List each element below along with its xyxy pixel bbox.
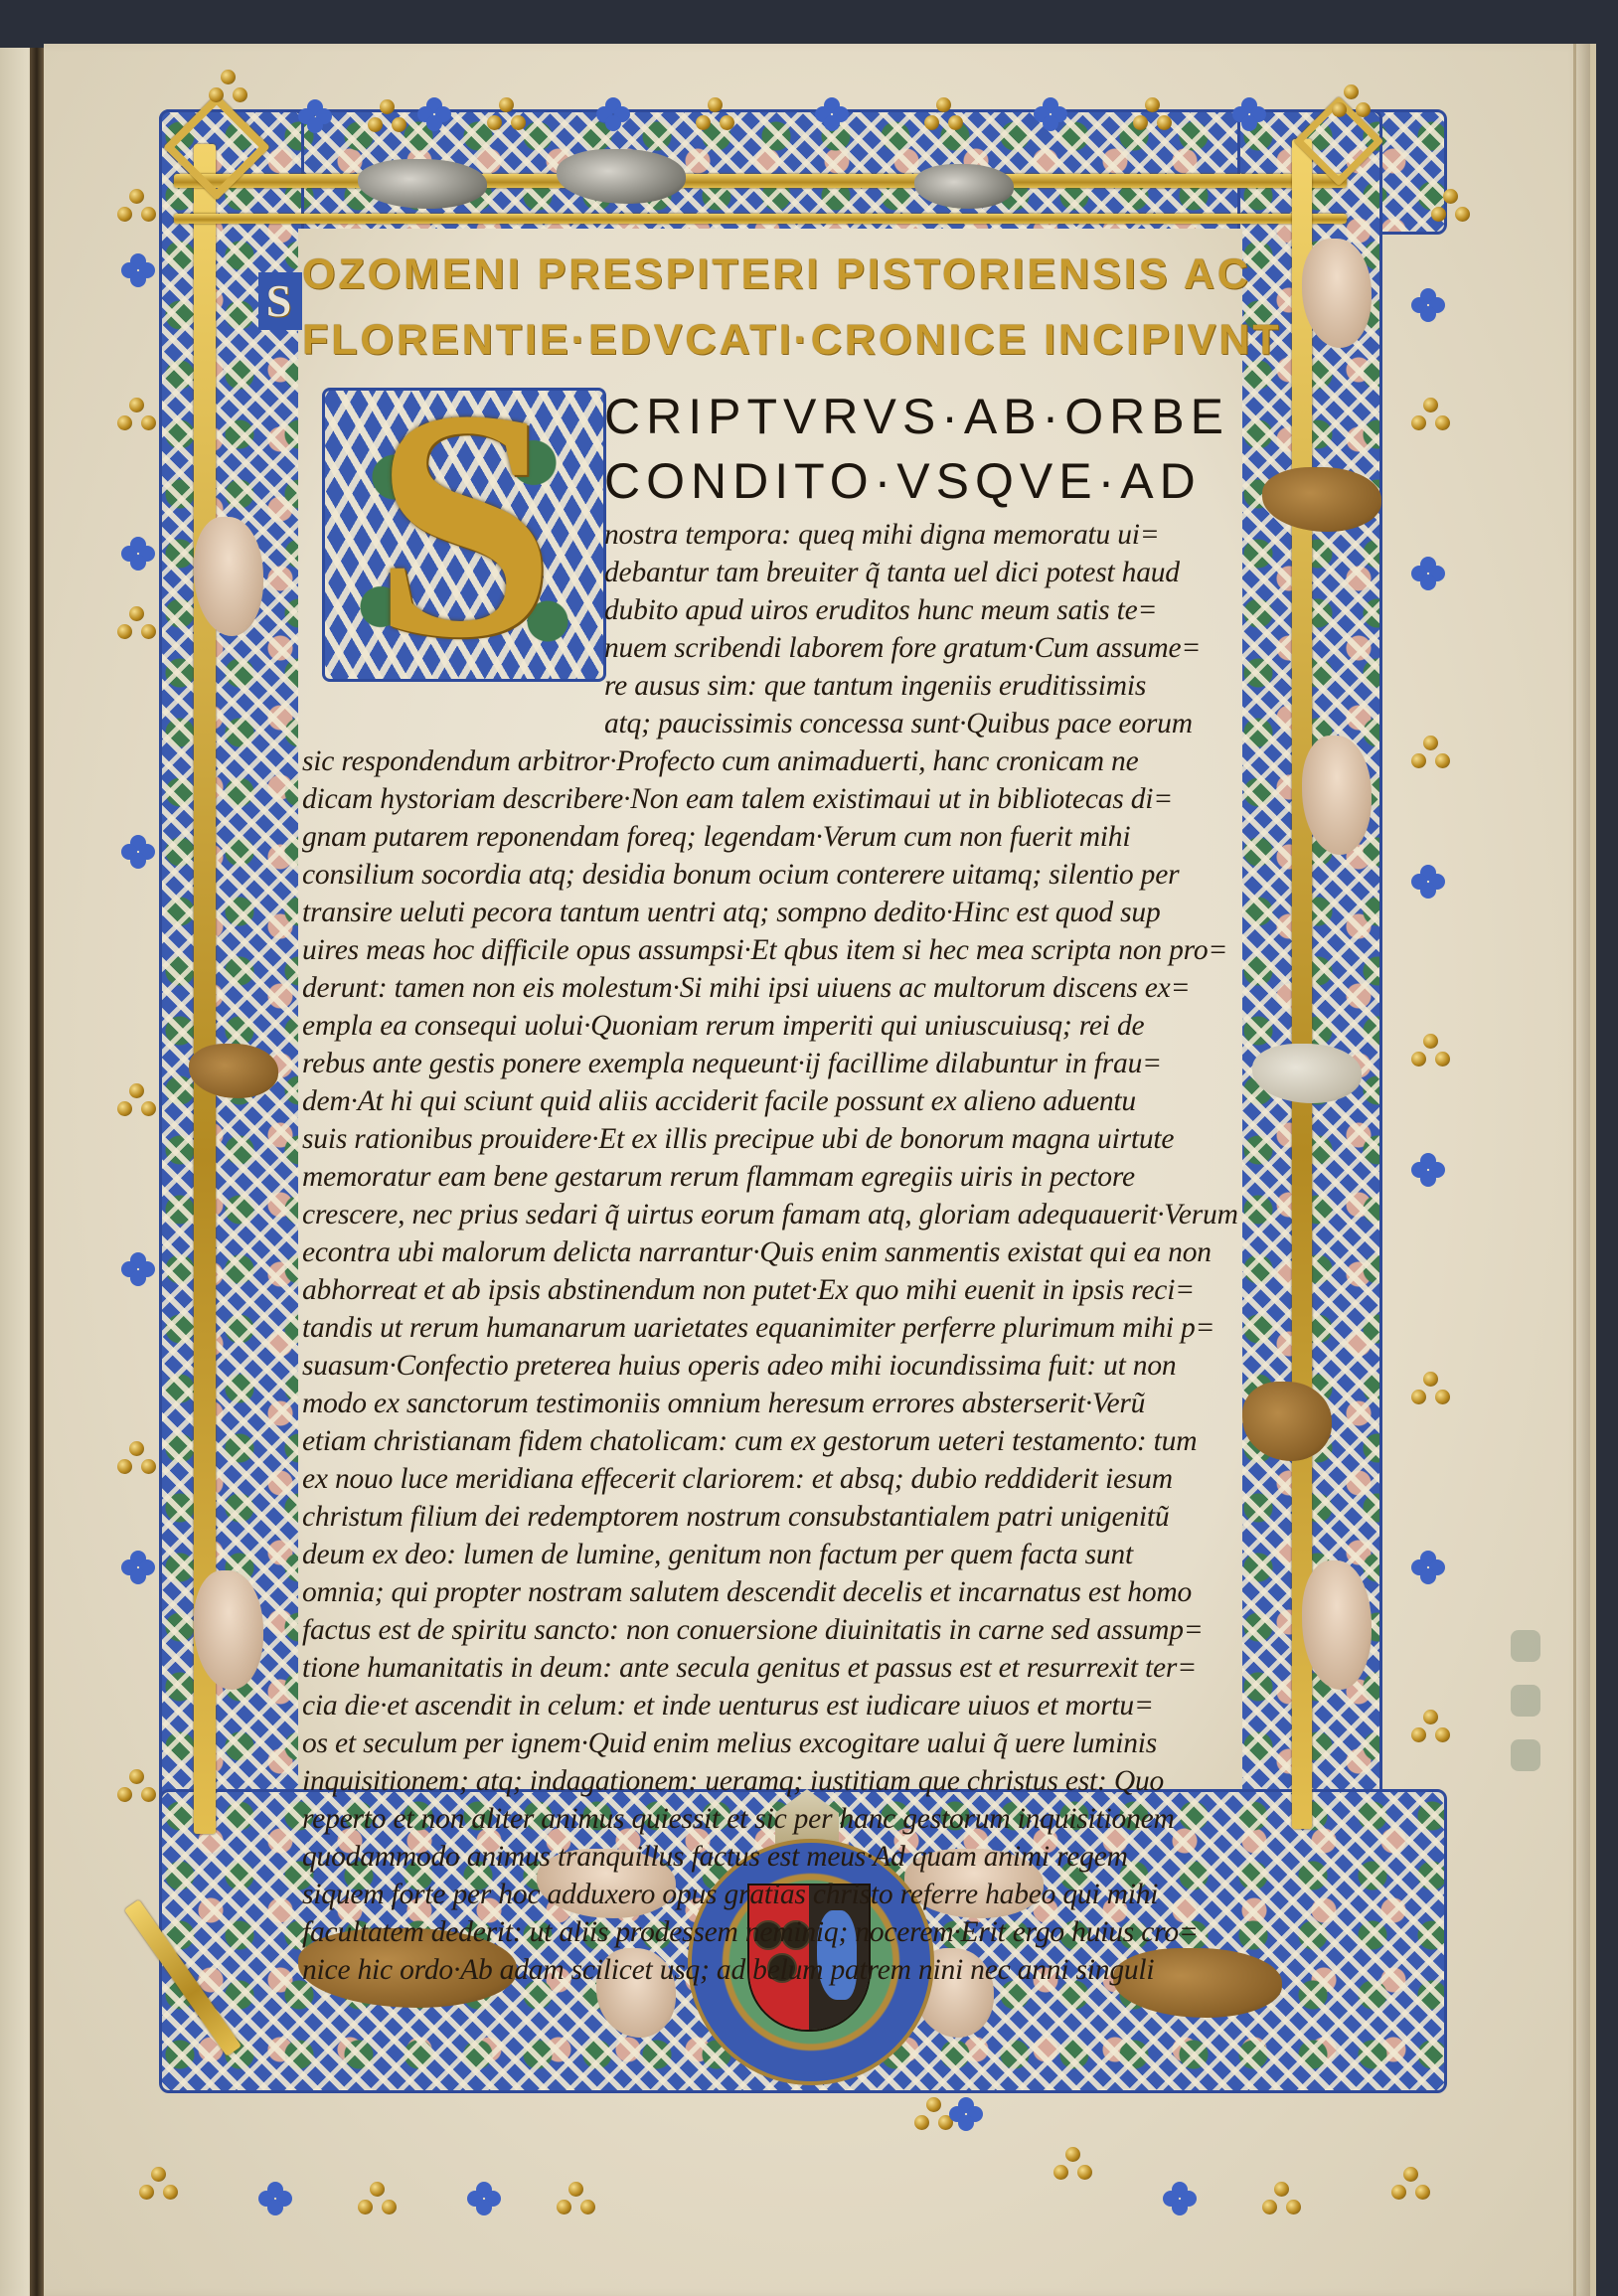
gold-dots-icon [117, 606, 157, 646]
text-line: econtra ubi malorum delicta narrantur·Qu… [302, 1236, 1212, 1269]
rubric-text-1: OZOMENI PRESPITERI PISTORIENSIS AC [302, 250, 1251, 298]
text-line: siquem forte per hoc adduxero opus grati… [302, 1879, 1158, 1911]
blue-quatrefoil-icon [121, 1551, 155, 1584]
text-line: dem·At hi qui sciunt quid aliis accideri… [302, 1085, 1136, 1118]
blue-quatrefoil-icon [596, 97, 630, 131]
text-line: rebus ante gestis ponere exempla nequeun… [302, 1048, 1162, 1080]
gold-dots-icon [117, 398, 157, 437]
blue-quatrefoil-icon [1411, 1153, 1445, 1187]
text-line: transire ueluti pecora tantum uentri atq… [302, 897, 1161, 929]
blue-quatrefoil-icon [467, 2182, 501, 2215]
blue-quatrefoil-icon [1411, 1551, 1445, 1584]
gold-dots-icon [117, 1083, 157, 1123]
margin-show-through-mark [1511, 1739, 1540, 1771]
text-line: gnam putarem reponendam foreq; legendam·… [302, 821, 1130, 854]
blue-quatrefoil-icon [1411, 865, 1445, 899]
text-line: quodammodo animus tranquillus factus est… [302, 1841, 1128, 1874]
text-line: os et seculum per ignem·Quid enim melius… [302, 1727, 1157, 1760]
blue-quatrefoil-icon [121, 253, 155, 287]
gold-dots-icon [117, 1441, 157, 1481]
text-line: re ausus sim: que tantum ingeniis erudit… [604, 670, 1146, 703]
text-line: cia die·et ascendit in celum: et inde ue… [302, 1690, 1154, 1722]
gold-dots-icon [1431, 189, 1471, 229]
blue-quatrefoil-icon [1411, 557, 1445, 590]
text-line: derunt: tamen non eis molestum·Si mihi i… [302, 972, 1190, 1005]
incipit-line-2: CONDITO·VSQVE·AD [604, 452, 1202, 510]
gold-dots-icon [1332, 84, 1372, 124]
text-line: modo ex sanctorum testimoniis omnium her… [302, 1388, 1145, 1420]
gold-dots-icon [117, 1769, 157, 1809]
gold-dots-icon [139, 2167, 179, 2207]
text-block: S OZOMENI PRESPITERI PISTORIENSIS AC FLO… [298, 229, 1242, 1789]
blue-quatrefoil-icon [1411, 288, 1445, 322]
gold-dots-icon [1133, 97, 1173, 137]
text-line: nuem scribendi laborem fore gratum·Cum a… [604, 632, 1201, 665]
blue-quatrefoil-icon [1034, 97, 1067, 131]
gold-dots-icon [924, 97, 964, 137]
text-line: dicam hystoriam describere·Non eam talem… [302, 783, 1173, 816]
blue-quatrefoil-icon [1232, 97, 1266, 131]
text-line: nostra tempora: queq mihi digna memoratu… [604, 519, 1159, 552]
text-line: abhorreat et ab ipsis abstinendum non pu… [302, 1274, 1195, 1307]
gold-dots-icon [1411, 1372, 1451, 1411]
gold-dots-icon [1411, 736, 1451, 775]
text-line: crescere, nec prius sedari q̃ uirtus eor… [302, 1199, 1238, 1231]
text-line: deum ex deo: lumen de lumine, genitum no… [302, 1539, 1133, 1571]
text-line: reperto et non aliter animus quiessit et… [302, 1803, 1175, 1836]
text-line: etiam christianam fidem chatolicam: cum … [302, 1425, 1197, 1458]
blue-quatrefoil-icon [417, 97, 451, 131]
gold-dots-icon [358, 2182, 398, 2221]
binding-gutter [30, 48, 44, 2296]
gold-dots-icon [209, 70, 248, 109]
text-line: tione humanitatis in deum: ante secula g… [302, 1652, 1197, 1685]
text-line: facultatem dederit: ut aliis prodessem n… [302, 1916, 1199, 1949]
text-line: christum filium dei redemptorem nostrum … [302, 1501, 1169, 1534]
text-line: empla ea consequi uolui·Quoniam rerum im… [302, 1010, 1144, 1043]
gold-dots-icon [914, 2097, 954, 2137]
gold-dots-icon [487, 97, 527, 137]
text-line: ex nouo luce meridiana effecerit clarior… [302, 1463, 1173, 1496]
blue-quatrefoil-icon [121, 537, 155, 571]
blue-quatrefoil-icon [258, 2182, 292, 2215]
page-edge [1573, 44, 1576, 2296]
gold-horizontal-bar-top-2 [174, 214, 1347, 224]
blue-quatrefoil-icon [298, 99, 332, 133]
blue-quatrefoil-icon [949, 2097, 983, 2131]
text-line: memoratur eam bene gestarum rerum flamma… [302, 1161, 1135, 1194]
gold-dots-icon [1411, 398, 1451, 437]
text-line: tandis ut rerum humanarum uarietates equ… [302, 1312, 1214, 1345]
gold-dots-icon [117, 189, 157, 229]
gold-dots-icon [1411, 1034, 1451, 1073]
text-line: sic respondendum arbitror·Profecto cum a… [302, 745, 1139, 778]
gold-horizontal-bar-top [174, 174, 1347, 188]
gold-dots-icon [1411, 1710, 1451, 1749]
text-line: dubito apud uiros eruditos hunc meum sat… [604, 594, 1157, 627]
text-line: uires meas hoc difficile opus assumpsi·E… [302, 934, 1227, 967]
gold-dots-icon [368, 99, 407, 139]
blue-quatrefoil-icon [121, 835, 155, 869]
blue-quatrefoil-icon [1163, 2182, 1197, 2215]
illuminated-initial-s: S [322, 388, 606, 682]
text-line: suasum·Confectio preterea huius operis a… [302, 1350, 1176, 1383]
margin-show-through-mark [1511, 1630, 1540, 1662]
text-line: omnia; qui propter nostram salutem desce… [302, 1576, 1192, 1609]
gold-dots-icon [1262, 2182, 1302, 2221]
text-line: factus est de spiritu sancto: non conuer… [302, 1614, 1203, 1647]
blue-quatrefoil-icon [121, 1252, 155, 1286]
text-line: inquisitionem; atq; indagationem: ueramq… [302, 1765, 1164, 1798]
rubric-initial: S [258, 272, 302, 330]
text-line: atq; paucissimis concessa sunt·Quibus pa… [604, 708, 1193, 740]
gold-dots-icon [696, 97, 735, 137]
text-line: suis rationibus prouidere·Et ex illis pr… [302, 1123, 1174, 1156]
initial-letter: S [325, 361, 603, 689]
gold-dots-icon [1053, 2147, 1093, 2187]
text-line: nice hic ordo·Ab adam scilicet usq; ad b… [302, 1954, 1154, 1987]
gold-dots-icon [557, 2182, 596, 2221]
incipit-line-1: CRIPTVRVS·AB·ORBE [604, 388, 1229, 445]
rubric-heading-line-1: S OZOMENI PRESPITERI PISTORIENSIS AC [302, 250, 1251, 299]
text-line: debantur tam breuiter q̃ tanta uel dici … [604, 557, 1180, 589]
margin-show-through-mark [1511, 1685, 1540, 1717]
blue-quatrefoil-icon [815, 97, 849, 131]
gold-dots-icon [1391, 2167, 1431, 2207]
text-line: consilium socordia atq; desidia bonum oc… [302, 859, 1179, 892]
